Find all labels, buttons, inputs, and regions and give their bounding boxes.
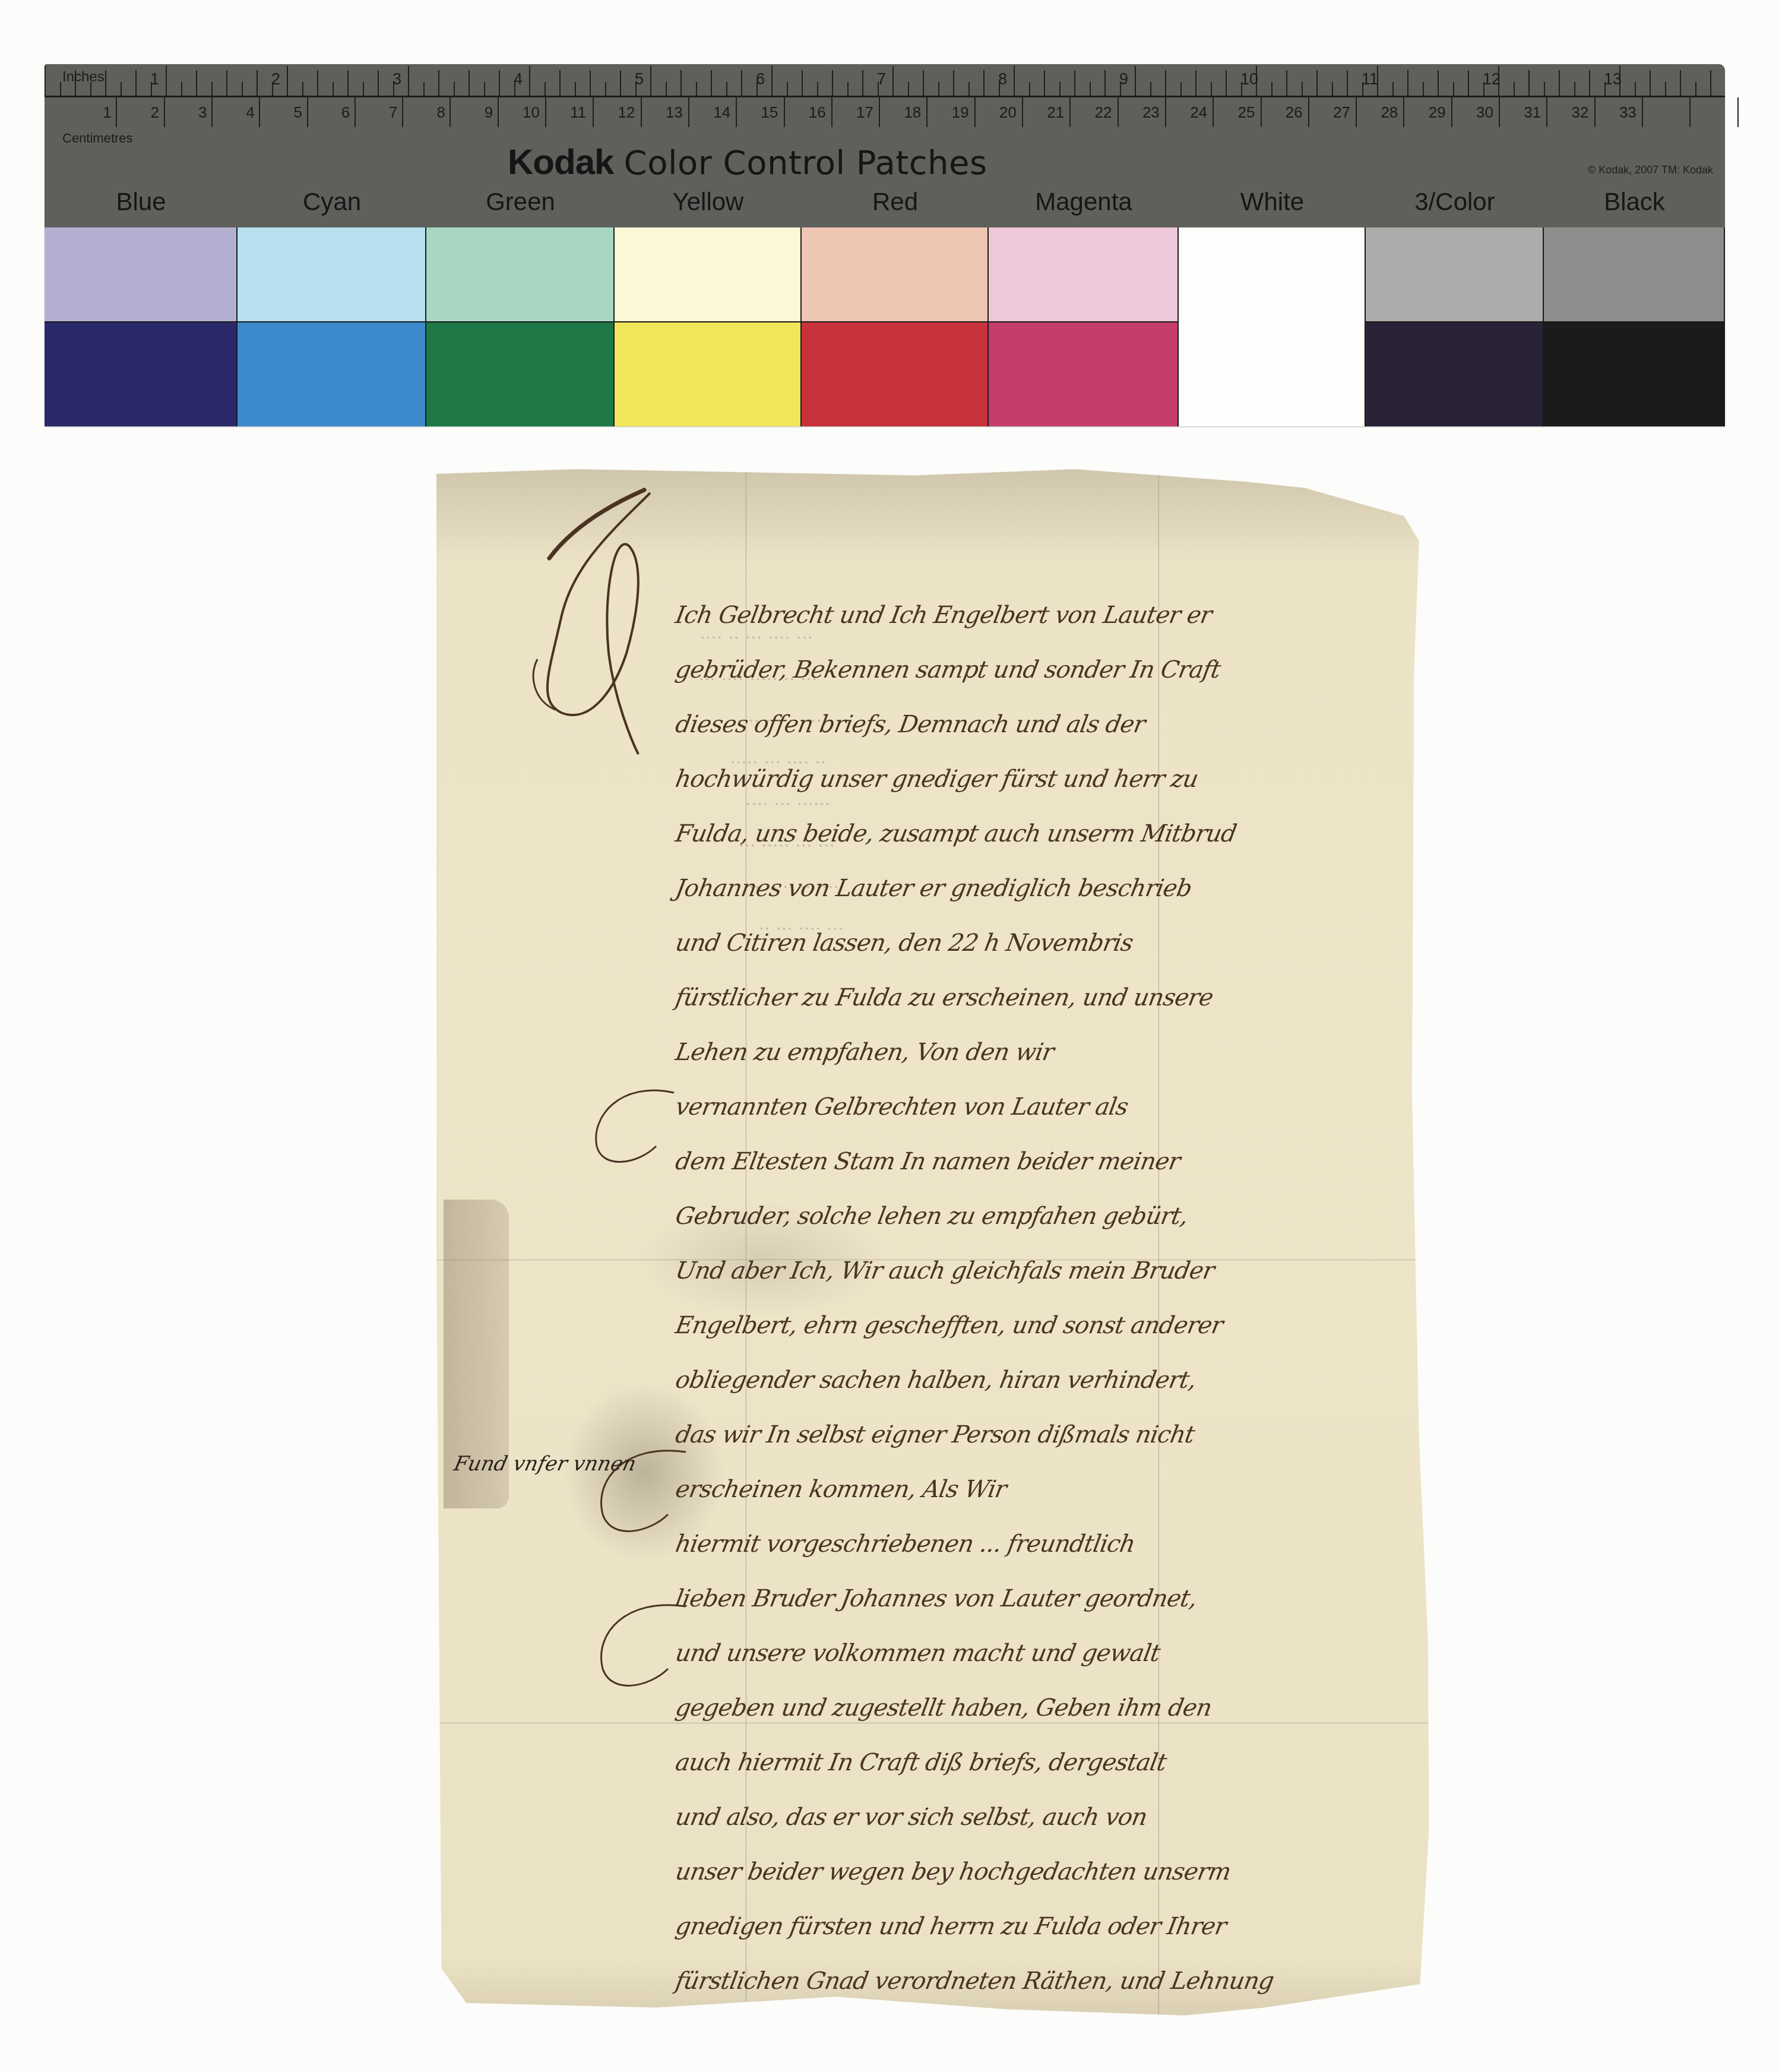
cm-tick-label: 16 — [809, 105, 826, 120]
cm-tick — [974, 97, 976, 127]
decorative-initial-flourish — [526, 475, 668, 760]
cm-tick — [259, 97, 260, 127]
inch-tick — [1195, 70, 1196, 96]
inch-tick — [135, 70, 137, 96]
inch-tick-label: 13 — [1604, 71, 1622, 87]
cm-tick-label: 1 — [103, 105, 111, 120]
manuscript-line: hiermit vorgeschriebenen ... freundtlich — [671, 1517, 1423, 1571]
inch-tick — [953, 70, 954, 96]
patch-label-red: Red — [802, 188, 989, 216]
paragraph-flourish — [585, 1081, 704, 1176]
patch-magenta-dark — [989, 322, 1179, 426]
cm-tick-label: 7 — [389, 105, 397, 120]
patch-yellow-dark — [615, 322, 802, 426]
manuscript-line: Fulda, uns beide, zusampt auch unserm Mi… — [671, 806, 1423, 861]
inch-tick — [545, 82, 546, 96]
patch-green-dark — [426, 322, 615, 426]
cm-tick — [879, 97, 880, 127]
paragraph-flourish — [591, 1598, 710, 1698]
copyright-notice: © Kodak, 2007 TM: Kodak — [1588, 164, 1713, 176]
inch-tick — [923, 70, 924, 96]
patch-red-dark — [802, 322, 989, 426]
inch-tick — [1211, 82, 1212, 96]
manuscript-line: dem Eltesten Stam In namen beider meiner — [671, 1134, 1423, 1189]
manuscript-line: und Citiren lassen, den 22 h Novembris — [671, 916, 1423, 970]
manuscript-document: ··· ···· ··· ·· ······· ·· ····· ···· ··… — [436, 469, 1434, 2031]
cm-tick-label: 32 — [1572, 105, 1589, 120]
inch-tick — [650, 66, 651, 96]
inch-tick — [242, 82, 243, 96]
cm-tick-label: 2 — [151, 105, 159, 120]
patch-cyan-dark — [238, 322, 426, 426]
cm-tick-label: 33 — [1619, 105, 1636, 120]
cm-tick-label: 19 — [952, 105, 969, 120]
manuscript-line: Engelbert, ehrn geschefften, und sonst a… — [671, 1298, 1423, 1353]
cm-tick — [1165, 97, 1166, 127]
inch-tick — [1165, 70, 1166, 96]
inch-tick — [892, 66, 894, 96]
cm-tick — [1308, 97, 1309, 127]
manuscript-line: Lehen zu empfahen, Von den wir — [671, 1025, 1423, 1080]
inch-tick — [1059, 82, 1061, 96]
inch-tick — [968, 82, 970, 96]
cm-tick-label: 17 — [856, 105, 873, 120]
inch-tick-label: 7 — [877, 71, 886, 87]
manuscript-line: fürstlichen Gnad verordneten Räthen, und… — [671, 1954, 1423, 2008]
inch-tick — [680, 70, 682, 96]
inch-tick — [302, 82, 303, 96]
cm-tick-label: 22 — [1095, 105, 1112, 120]
inch-tick — [711, 70, 712, 96]
cm-tick-label: 6 — [341, 105, 350, 120]
manuscript-body: Ich Gelbrecht und Ich Engelbert von Laut… — [671, 588, 1413, 2063]
inch-tick — [938, 82, 939, 96]
inch-tick — [741, 70, 742, 96]
inch-tick — [1029, 82, 1030, 96]
inch-tick-label: 3 — [392, 71, 401, 87]
inches-label: Inches — [62, 69, 105, 86]
inch-tick — [1453, 82, 1454, 96]
cm-tick-label: 15 — [761, 105, 778, 120]
inch-tick — [1574, 82, 1575, 96]
cm-tick-label: 5 — [294, 105, 302, 120]
inch-tick — [1150, 82, 1151, 96]
inch-tick — [696, 82, 697, 96]
cm-tick — [116, 97, 117, 127]
inch-tick — [1302, 82, 1303, 96]
inch-tick — [1180, 82, 1182, 96]
inch-tick — [121, 82, 122, 96]
cm-tick — [784, 97, 785, 127]
inch-tick — [1347, 70, 1348, 96]
cm-tick — [831, 97, 832, 127]
patch-black-light — [1544, 227, 1725, 322]
cm-tick — [1642, 97, 1643, 127]
cm-tick-label: 18 — [904, 105, 921, 120]
inch-tick — [908, 82, 909, 96]
cm-tick — [450, 97, 451, 127]
color-patches — [45, 227, 1725, 426]
inch-tick — [1014, 66, 1015, 96]
cm-tick-label: 30 — [1476, 105, 1493, 120]
cm-tick — [164, 97, 165, 127]
inch-tick — [333, 82, 334, 96]
inch-tick — [1665, 82, 1666, 96]
patch-3-color-dark — [1366, 322, 1544, 426]
patch-labels: BlueCyanGreenYellowRedMagentaWhite3/Colo… — [45, 188, 1725, 223]
cm-tick — [1022, 97, 1023, 127]
patch-label-cyan: Cyan — [238, 188, 426, 216]
inch-tick — [211, 82, 213, 96]
manuscript-line: das wir In selbst eigner Person dißmals … — [671, 1407, 1423, 1462]
inch-tick — [620, 70, 621, 96]
inch-tick — [181, 82, 182, 96]
cm-tick — [1737, 97, 1739, 127]
inch-tick-label: 9 — [1119, 71, 1128, 87]
inch-tick — [1392, 82, 1394, 96]
cm-tick — [1689, 97, 1691, 127]
cm-tick — [498, 97, 499, 127]
inch-tick — [257, 70, 258, 96]
patch-green-light — [426, 227, 615, 322]
inch-tick — [605, 82, 606, 96]
inch-tick — [1226, 70, 1227, 96]
centimetres-label: Centimetres — [62, 131, 133, 146]
cm-tick-label: 28 — [1381, 105, 1398, 120]
inch-tick — [862, 70, 863, 96]
inch-tick — [1135, 66, 1136, 96]
inch-tick — [317, 70, 318, 96]
inch-tick — [60, 82, 61, 96]
inch-tick — [1528, 70, 1530, 96]
manuscript-line: vernannten Gelbrechten von Lauter als — [671, 1080, 1423, 1134]
patch-label-yellow: Yellow — [615, 188, 802, 216]
cm-tick — [736, 97, 737, 127]
margin-annotation: Fund vnfer vnnen — [452, 1452, 638, 1476]
inch-tick — [771, 66, 773, 96]
manuscript-line: erscheinen kommen, Als Wir — [671, 1462, 1423, 1517]
cm-tick-label: 10 — [523, 105, 540, 120]
inch-tick — [726, 82, 727, 96]
patch-red-light — [802, 227, 989, 322]
manuscript-line: Johannes von Lauter er gnediglich beschr… — [671, 861, 1423, 916]
cm-tick — [1261, 97, 1262, 127]
inch-tick-label: 10 — [1240, 71, 1258, 87]
inch-tick — [484, 82, 485, 96]
patch-black-dark — [1544, 322, 1725, 426]
patch-3-color-light — [1366, 227, 1544, 322]
patch-label-3-color: 3/Color — [1366, 188, 1544, 216]
inch-tick — [408, 66, 409, 96]
inch-tick — [196, 70, 197, 96]
cm-tick — [545, 97, 546, 127]
inch-tick — [499, 70, 500, 96]
cm-tick — [1213, 97, 1214, 127]
cm-tick-label: 25 — [1238, 105, 1255, 120]
cm-tick-label: 3 — [198, 105, 207, 120]
cm-tick — [926, 97, 928, 127]
manuscript-line: und also, das er vor sich selbst, auch v… — [671, 1790, 1423, 1845]
inch-tick — [1423, 82, 1424, 96]
inch-tick — [847, 82, 849, 96]
brand-name: Kodak — [508, 142, 613, 182]
inch-tick — [666, 82, 667, 96]
card-title-text: Color Control Patches — [624, 144, 987, 182]
inch-tick — [287, 66, 288, 96]
manuscript-line: dieses offen briefs, Demnach und als der — [671, 697, 1423, 752]
cm-tick — [593, 97, 594, 127]
cm-tick — [1451, 97, 1452, 127]
cm-tick — [1546, 97, 1547, 127]
patch-yellow-light — [615, 227, 802, 322]
inch-tick — [454, 82, 455, 96]
patch-magenta-light — [989, 227, 1179, 322]
manuscript-line: gegeben und zugestellt haben, Geben ihm … — [671, 1681, 1423, 1735]
inch-tick — [105, 70, 106, 96]
cm-tick — [402, 97, 403, 127]
cm-tick-label: 20 — [999, 105, 1017, 120]
cm-tick — [688, 97, 689, 127]
inch-tick — [45, 66, 46, 96]
inch-tick — [832, 70, 833, 96]
inch-tick-label: 4 — [514, 71, 523, 87]
inch-tick — [1104, 70, 1106, 96]
cm-tick — [211, 97, 213, 127]
inch-tick — [1514, 82, 1515, 96]
cm-tick-label: 11 — [570, 105, 586, 120]
inch-tick — [1468, 70, 1469, 96]
manuscript-line: auch hiermit In Craft diß briefs, derges… — [671, 1735, 1423, 1790]
cm-tick-label: 31 — [1524, 105, 1541, 120]
inch-tick — [787, 82, 788, 96]
cm-tick — [1069, 97, 1071, 127]
cm-tick-label: 8 — [436, 105, 445, 120]
manuscript-line: obliegender sachen halben, hiran verhind… — [671, 1353, 1423, 1407]
kodak-color-control-card: Inches Centimetres 123456789101112131234… — [45, 64, 1725, 426]
inch-tick-label: 5 — [635, 71, 644, 87]
inch-tick — [802, 70, 803, 96]
cm-tick — [1594, 97, 1596, 127]
cm-tick-label: 14 — [713, 105, 730, 120]
cm-tick-label: 4 — [246, 105, 254, 120]
inch-tick — [575, 82, 576, 96]
manuscript-line: fürstlicher zu Fulda zu erscheinen, und … — [671, 970, 1423, 1025]
cm-tick — [1356, 97, 1357, 127]
inch-tick — [1286, 70, 1287, 96]
inch-tick — [1695, 82, 1696, 96]
manuscript-line: Gebruder, solche lehen zu empfahen gebür… — [671, 1189, 1423, 1244]
patch-cyan-light — [238, 227, 426, 322]
manuscript-line: Und aber Ich, Wir auch gleichfals mein B… — [671, 1244, 1423, 1298]
inch-tick — [1710, 70, 1711, 96]
inch-tick-label: 2 — [271, 71, 280, 87]
manuscript-line: gebrüder, Bekennen sampt und sonder In C… — [671, 643, 1423, 697]
inch-tick-label: 12 — [1483, 71, 1501, 87]
inch-tick — [1332, 82, 1333, 96]
inch-tick — [1090, 82, 1091, 96]
cm-tick — [307, 97, 308, 127]
inch-tick — [1650, 70, 1651, 96]
cm-tick — [354, 97, 356, 127]
manuscript-line: gnedigen fürsten und herrn zu Fulda oder… — [671, 1899, 1423, 1954]
inch-tick — [1316, 70, 1318, 96]
inch-tick — [1074, 70, 1075, 96]
inch-tick — [1544, 82, 1545, 96]
inch-tick — [363, 82, 364, 96]
inch-tick — [226, 70, 227, 96]
inch-tick — [166, 66, 167, 96]
inch-tick — [817, 82, 818, 96]
inch-tick — [1635, 82, 1636, 96]
cm-tick — [1403, 97, 1404, 127]
inch-tick — [378, 70, 379, 96]
inch-tick — [559, 70, 561, 96]
inch-tick — [1271, 82, 1272, 96]
inch-tick-label: 6 — [756, 71, 765, 87]
patch-label-magenta: Magenta — [989, 188, 1179, 216]
manuscript-line: und unsere volkommen macht und gewalt — [671, 1626, 1423, 1681]
inch-tick — [423, 82, 425, 96]
cm-tick-label: 9 — [485, 105, 493, 120]
manuscript-line: darunter Lehen underthenig und dienstlic… — [671, 2008, 1423, 2063]
manuscript-line: unser beider wegen bey hochgedachten uns… — [671, 1845, 1423, 1899]
inch-tick — [1407, 70, 1408, 96]
ruler-divider — [45, 96, 1725, 97]
patch-label-blue: Blue — [45, 188, 238, 216]
inch-tick — [1044, 70, 1045, 96]
patch-blue-dark — [45, 322, 238, 426]
inch-tick — [590, 70, 591, 96]
cm-tick-label: 21 — [1047, 105, 1064, 120]
cm-tick-label: 12 — [618, 105, 635, 120]
cm-tick-label: 26 — [1286, 105, 1303, 120]
cm-tick-label: 29 — [1429, 105, 1446, 120]
patch-white — [1179, 227, 1366, 426]
inch-tick — [347, 70, 349, 96]
inch-tick — [1438, 70, 1439, 96]
inch-tick — [1589, 70, 1590, 96]
patch-label-green: Green — [426, 188, 615, 216]
inch-tick — [438, 70, 439, 96]
cm-tick — [641, 97, 642, 127]
inch-tick — [469, 70, 470, 96]
cm-tick — [1118, 97, 1119, 127]
manuscript-line: hochwürdig unser gnediger fürst und herr… — [671, 752, 1423, 806]
cm-tick-label: 27 — [1333, 105, 1350, 120]
cm-tick-label: 24 — [1190, 105, 1207, 120]
manuscript-line: lieben Bruder Johannes von Lauter geordn… — [671, 1571, 1423, 1626]
cm-tick — [1499, 97, 1500, 127]
inch-tick-label: 11 — [1362, 71, 1378, 87]
patch-label-black: Black — [1544, 188, 1725, 216]
card-title: Kodak Color Control Patches — [508, 141, 987, 182]
cm-tick-label: 23 — [1142, 105, 1160, 120]
inch-tick-label: 8 — [998, 71, 1007, 87]
manuscript-line: Ich Gelbrecht und Ich Engelbert von Laut… — [671, 588, 1423, 643]
inch-tick — [1680, 70, 1681, 96]
inch-tick-label: 1 — [150, 71, 159, 87]
cm-tick-label: 13 — [666, 105, 683, 120]
patch-label-white: White — [1179, 188, 1366, 216]
inch-tick — [983, 70, 985, 96]
inch-tick — [529, 66, 530, 96]
patch-blue-light — [45, 227, 238, 322]
inch-tick — [1559, 70, 1560, 96]
